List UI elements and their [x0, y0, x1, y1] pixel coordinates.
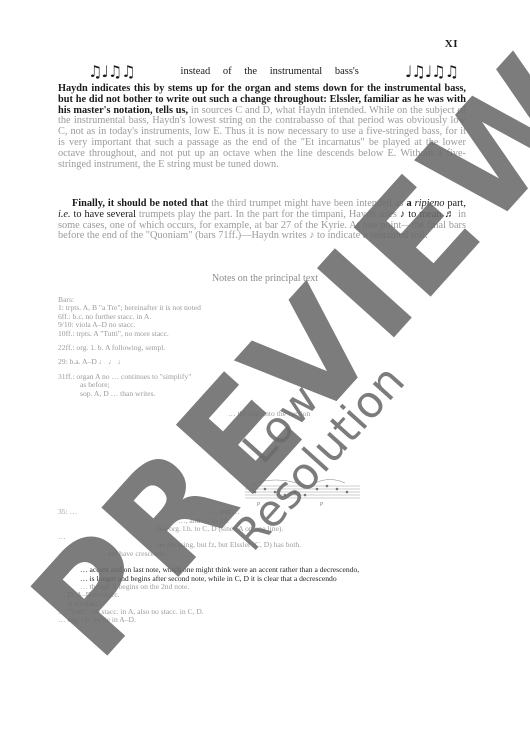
paragraph-text-faded: the third trumpet might have been intend… [208, 198, 403, 209]
paragraph-text-faded: trumpets play the part. In the part for … [136, 209, 397, 220]
note-line: 31ff.: organ A no … continues to "simpli… [58, 373, 468, 381]
left-rhythm-notes: ♫♩♫♫ [88, 62, 135, 81]
music-staff-excerpt: p p [245, 478, 360, 506]
paragraph-text-dark: ♪ to mean ♬ [397, 209, 458, 220]
right-rhythm-notes: ♩♫♩♫♫ [405, 62, 458, 81]
paragraph-third-trumpet: Finally, it should be noted that the thi… [58, 199, 466, 242]
music-example-caption: instead of the instrumental bass's [181, 66, 359, 77]
svg-text:p: p [319, 501, 323, 506]
paragraph-text-dark: part, [444, 198, 466, 209]
score-page: XI ♫♩♫♫ instead of the instrumental bass… [0, 0, 530, 750]
note-line: 29: b.a. A–D ♩ ♩ ♩ [58, 358, 468, 366]
note-line: … but org. l.h. to C, D (since A on one … [58, 525, 468, 533]
music-example: ♫♩♫♫ instead of the instrumental bass's … [88, 60, 458, 82]
paragraph-text-dark: Finally, it should be noted that [72, 198, 208, 209]
paragraph-text-dark: a [406, 198, 414, 209]
note-line: 10ff.: trpts. A "Tutti", no more stacc. [58, 330, 468, 338]
lower-notes-list: 35: … …, and … …, and … to 31. … but org… [58, 508, 468, 624]
note-line: … not have crescendo. [58, 550, 468, 558]
page-number: XI [445, 38, 458, 50]
italic-term: ripieno [415, 198, 445, 209]
notes-list: Bars: 1: trpts. A, B "a Tre"; hereinafte… [58, 296, 468, 418]
note-line: … D. A–D no stacc. [58, 591, 468, 599]
paragraph-instrumental-bass: Haydn indicates this by stems up for the… [58, 84, 466, 170]
note-line: … the sop. into the version [58, 410, 468, 418]
note-line: …, and … [58, 508, 468, 516]
paragraph-text-dark: to have several [71, 209, 136, 220]
notes-heading: Notes on the principal text [0, 273, 530, 284]
note-line: … org. l.h. no tie in A–D. [58, 616, 468, 624]
svg-text:p: p [256, 501, 260, 506]
note-line: 22ff.: org. 1. b. A following, sempl. [58, 344, 468, 352]
italic-term: i.e. [58, 209, 71, 220]
note-line: sop. A, D … than writes. [58, 390, 468, 398]
